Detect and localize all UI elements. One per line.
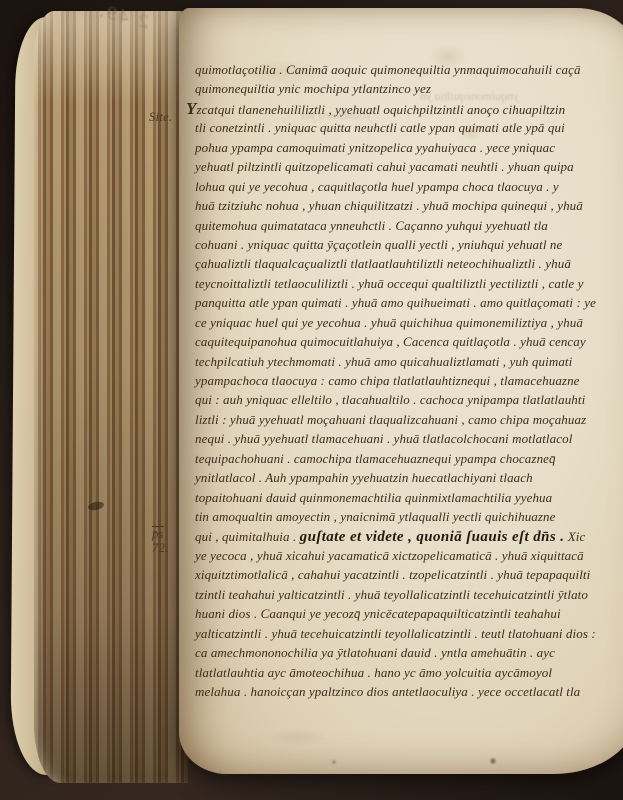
manuscript-line: ynitlatlacol . Auh ypampahin yyehuatzin … xyxy=(195,468,623,487)
psalm-abbreviation: p̄s xyxy=(152,527,169,541)
manuscript-line: melahua . hanoicçan ypaltzinco dios ante… xyxy=(195,682,623,701)
manuscript-line: huā tzitziuhc nohua , yhuan chiquilitzat… xyxy=(195,196,623,215)
text-lines-lower: ye yecoca , yhuā xicahui yacamaticā xict… xyxy=(195,546,623,702)
manuscript-line: xiquitztimotlalicā , cahahui yacatzintli… xyxy=(195,565,623,584)
ink-speck xyxy=(331,759,337,765)
manuscript-line: quimonequiltia ynic mochipa ytlantzinco … xyxy=(195,79,623,98)
manuscript-line: quimotlaçotilia . Canimā aoquic quimoneq… xyxy=(195,60,623,79)
manuscript-line: tin amoqualtin amoyectin , ynaicnimā ytl… xyxy=(195,507,623,526)
manuscript-line: qui : auh yniquac elleltilo , tlacahualt… xyxy=(195,390,623,409)
manuscript-line: liztli : yhuā yyehuatl moçahuani tlaqual… xyxy=(195,410,623,429)
manuscript-text-block: quimotlaçotilia . Canimā aoquic quimoneq… xyxy=(195,60,623,701)
manuscript-line: ye yecoca , yhuā xicahui yacamaticā xict… xyxy=(195,546,623,565)
nahuatl-text: Xic xyxy=(564,529,585,544)
manuscript-line: yalticatzintli . yhuā tecehuicatzintli t… xyxy=(195,624,623,643)
manuscript-line: lohua qui ye yecohua , caquitlaçotla hue… xyxy=(195,177,623,196)
manuscript-line: quitemohua quimatataca ynneuhctli . Caça… xyxy=(195,216,623,235)
manuscript-line: techpilcatiuh ytechmomati . yhuā amo qui… xyxy=(195,352,623,371)
text-line-with-latin-quote: qui , quimitalhuia . guſtate et videte ,… xyxy=(195,527,623,546)
manuscript-line: teycnoittaliztli tetlaoculiliztli . yhuā… xyxy=(195,274,623,293)
manuscript-line: nequi . yhuā yyehuatl tlamacehuani . yhu… xyxy=(195,429,623,448)
manuscript-line: caquitequipanohua quimocuitlahuiya , Cac… xyxy=(195,332,623,351)
manuscript-line: yehuatl piltzintli quitzopelicamati cahu… xyxy=(195,157,623,176)
margin-note-psalm: p̄s 72. xyxy=(152,527,169,555)
manuscript-line: cohuani . yniquac quitta ȳçaçotlein qual… xyxy=(195,235,623,254)
manuscript-line: tlatlatlauhtia ayc āmoteochihua . hano y… xyxy=(195,663,623,682)
book-page-edges xyxy=(34,11,188,783)
manuscript-line: topaitohuani dauid quinmonemachtilia qui… xyxy=(195,488,623,507)
manuscript-line: Yzcatqui tlanenehuililiztli , yyehuatl o… xyxy=(186,99,623,118)
manuscript-line: ca amechmononochilia ya ȳtlatohuani daui… xyxy=(195,643,623,662)
text-lines-upper: quimotlaçotilia . Canimā aoquic quimoneq… xyxy=(195,60,623,527)
manuscript-line: panquitta atle ypan quimati . yhuā amo q… xyxy=(195,293,623,312)
manuscript-line: tli conetzintli . yniquac quitta neuhctl… xyxy=(195,118,623,137)
nahuatl-text: qui , quimitalhuia . xyxy=(195,529,300,544)
manuscript-line: çahualiztli tlaqualcaçualiztli tlatlaatl… xyxy=(195,254,623,273)
manuscript-line: ypampachoca tlaocuya : camo chipa tlatla… xyxy=(195,371,623,390)
latin-psalm-quote: guſtate et videte , quoniā ſuauis eſt dn… xyxy=(300,529,565,545)
ink-speck xyxy=(489,757,497,765)
manuscript-line: tzintli teahahui yalticatzintli . yhuā t… xyxy=(195,585,623,604)
margin-note-site: Site. xyxy=(149,110,172,125)
stain xyxy=(268,728,328,746)
manuscript-line: ce yniquac huel qui ye yecohua . yhuā qu… xyxy=(195,313,623,332)
manuscript-line: huani dios . Caanqui ye yecozq̄ ynicēcat… xyxy=(195,604,623,623)
manuscript-line: pohua ypampa camoquimati ynitzopelica yy… xyxy=(195,138,623,157)
manuscript-photo: 2 49. ynquimonequiltia yn ytlantzinco ye… xyxy=(0,0,623,800)
psalm-number: 72. xyxy=(152,541,169,555)
manuscript-line: tequipachohuani . camochipa tlamacehuazn… xyxy=(195,449,623,468)
